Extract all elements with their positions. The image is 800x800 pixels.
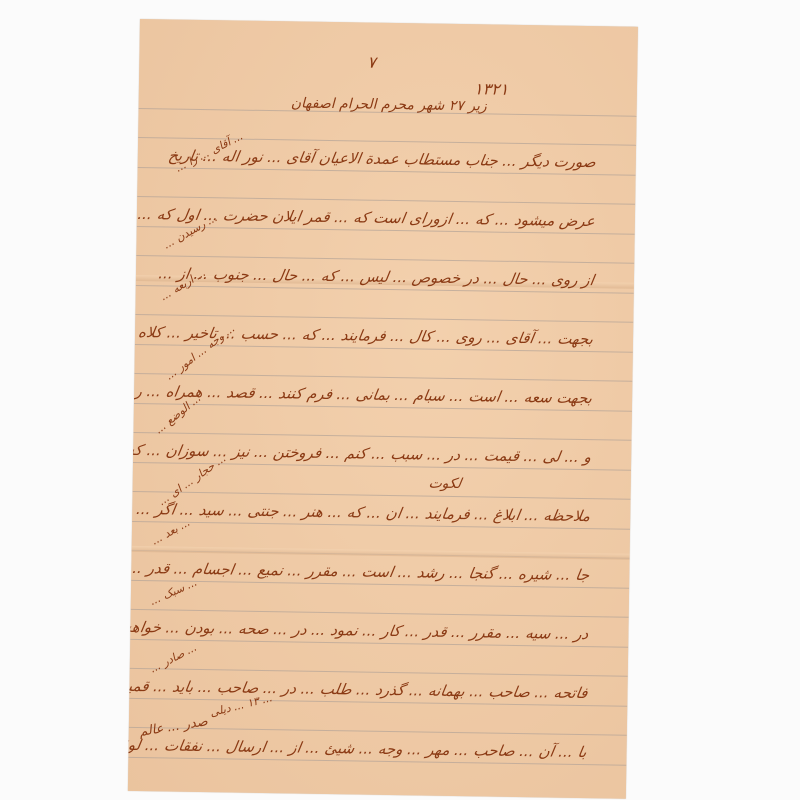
fold-crease [132, 546, 630, 560]
margin-note: ... حجار ... ای ... [156, 452, 229, 508]
ruled-line [137, 196, 635, 205]
body-line-11: با ... آن ... صاحب ... مهر ... وجه ... ش… [185, 737, 588, 761]
body-line-2: عرض میشود ... که ... ازورای است که ... ق… [174, 206, 597, 231]
header-year: ۱۳۲۱ [474, 79, 509, 99]
margin-note: ... صادر ... [148, 641, 199, 676]
ruled-line [133, 432, 631, 441]
body-line-6: و ... لی ... قیمت ... در ... سبب ... کنم… [170, 442, 593, 467]
header-mark: ٧ [367, 53, 376, 72]
ruled-line [131, 609, 629, 618]
body-line-3: از روی ... حال ... در خصوص ... لیس ... ک… [173, 265, 596, 290]
ruled-line [133, 491, 631, 500]
body-line-4: بجهت ... آقای ... روی ... کال ... فرماین… [172, 324, 595, 349]
ruled-line [136, 255, 634, 264]
body-line-5: بجهت سعه ... است ... سبام ... بمانی ... … [171, 383, 594, 408]
letter-paper: ٧ ۱۳۲۱ زیر ۲۷ شهر محرم الحرام اصفهان صور… [128, 19, 638, 799]
ruled-line [134, 373, 632, 382]
body-continuation: لکوت [427, 476, 462, 492]
body-line-1: صورت دیگر ... جناب مستطاب عمدة الاعیان آ… [174, 147, 597, 172]
ruled-line [135, 314, 633, 323]
ruled-line [130, 668, 628, 677]
header-date: زیر ۲۷ شهر محرم الحرام اصفهان [291, 95, 487, 114]
